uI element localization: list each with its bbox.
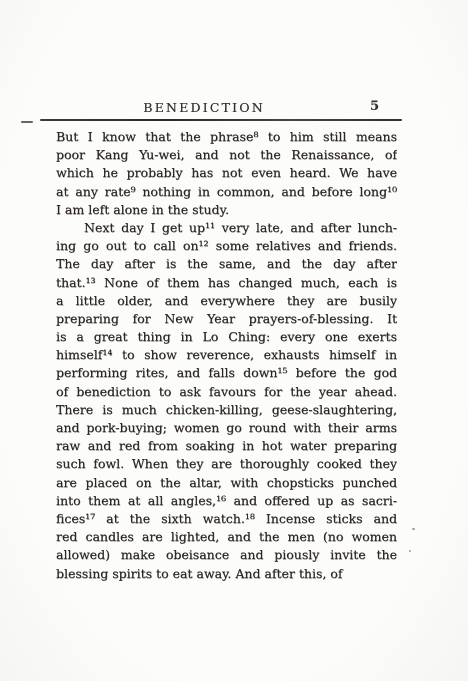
margin-dash-mark bbox=[21, 121, 33, 123]
text-line: red candles are lighted, and the men (no… bbox=[56, 528, 397, 546]
text-line: allowed) make obeisance and piously invi… bbox=[56, 546, 397, 564]
text-line: which he probably has not even heard. We… bbox=[56, 164, 397, 182]
text-line: of benediction to ask favours for the ye… bbox=[56, 383, 397, 401]
header-rule bbox=[40, 119, 402, 121]
text-line: I am left alone in the study. bbox=[56, 201, 397, 219]
text-line: raw and red from soaking in hot water pr… bbox=[56, 437, 397, 455]
text-line: But I know that the phrase⁸ to him still… bbox=[56, 128, 397, 146]
running-title: BENEDICTION bbox=[0, 100, 408, 115]
text-line: performing rites, and falls down¹⁵ befor… bbox=[56, 364, 397, 382]
text-line: himself¹⁴ to show reverence, exhausts hi… bbox=[56, 346, 397, 364]
text-line: at any rate⁹ nothing in common, and befo… bbox=[56, 183, 397, 201]
text-line: is a great thing in Lo Ching: every one … bbox=[56, 328, 397, 346]
ink-speck bbox=[409, 550, 411, 552]
text-line: blessing spirits to eat away. And after … bbox=[56, 565, 397, 583]
text-line: ing go out to call on¹² some relatives a… bbox=[56, 237, 397, 255]
text-block: But I know that the phrase⁸ to him still… bbox=[56, 128, 397, 583]
text-line: poor Kang Yu-wei, and not the Renaissanc… bbox=[56, 146, 397, 164]
text-line: Next day I get up¹¹ very late, and after… bbox=[56, 219, 397, 237]
text-line: preparing for New Year prayers-of-blessi… bbox=[56, 310, 397, 328]
text-line: such fowl. When they are thoroughly cook… bbox=[56, 455, 397, 473]
text-line: The day after is the same, and the day a… bbox=[56, 255, 397, 273]
page-number: 5 bbox=[370, 99, 379, 114]
text-line: and pork-buying; women go round with the… bbox=[56, 419, 397, 437]
text-line: a little older, and everywhere they are … bbox=[56, 292, 397, 310]
ink-speck bbox=[412, 528, 415, 530]
text-line: into them at all angles,¹⁶ and offered u… bbox=[56, 492, 397, 510]
text-line: are placed on the altar, with chopsticks… bbox=[56, 474, 397, 492]
text-line: fices¹⁷ at the sixth watch.¹⁸ Incense st… bbox=[56, 510, 397, 528]
text-line: that.¹³ None of them has changed much, e… bbox=[56, 274, 397, 292]
text-line: There is much chicken-killing, geese-sla… bbox=[56, 401, 397, 419]
book-page: BENEDICTION 5 But I know that the phrase… bbox=[0, 0, 468, 681]
